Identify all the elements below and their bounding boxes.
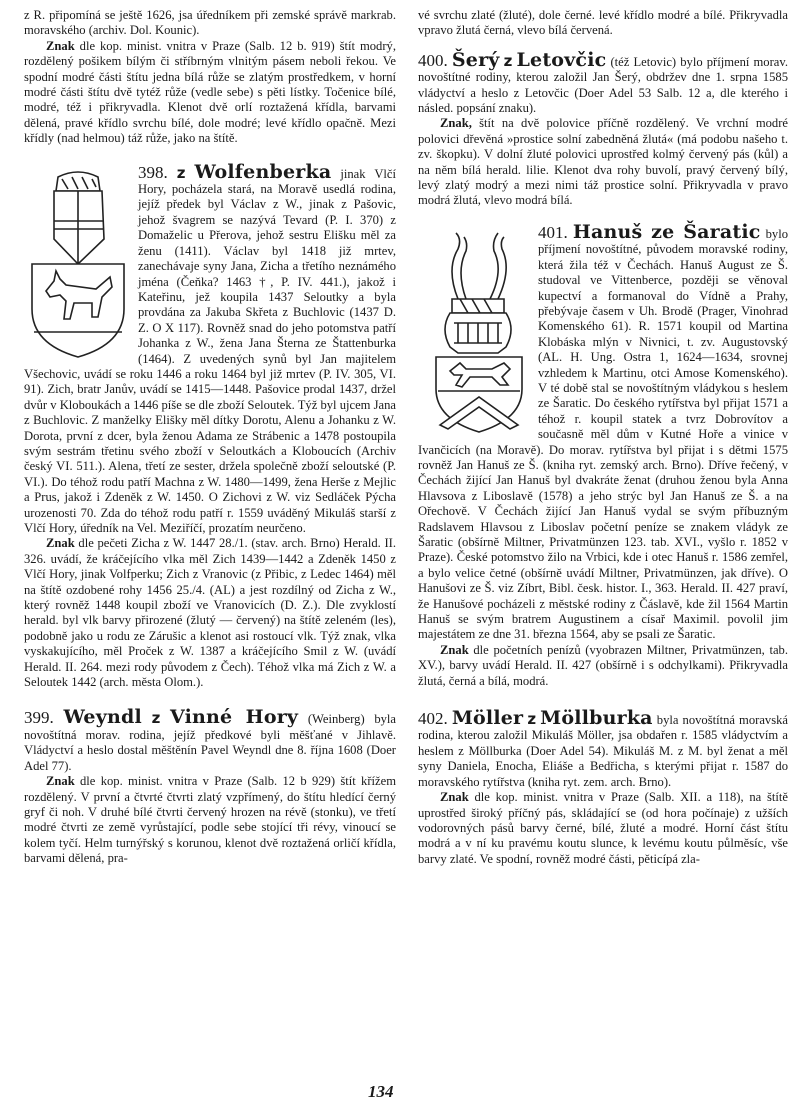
entry-402: 402. Möller z Möllburka byla novoštítná … xyxy=(418,711,788,867)
znak-label: Znak, xyxy=(440,116,472,130)
entry-prefix: z xyxy=(527,710,536,728)
entry-number: 401. xyxy=(538,223,568,242)
entry-398: 398. z Wolfenberka jinak Vlčí Hory, poch… xyxy=(24,165,396,691)
page-number: 134 xyxy=(368,1082,394,1102)
znak-text: dle kop. minist. vnitra v Praze (Salb. X… xyxy=(418,790,788,866)
entry-400: 400. Šerý z Letovčic (též Letovic) bylo … xyxy=(418,53,788,209)
znak-label: Znak xyxy=(440,790,469,804)
znak-paragraph: Znak dle kop. minist. vnitra v Praze (Sa… xyxy=(418,790,788,867)
entry-prefix: z xyxy=(177,164,186,182)
znak-label: Znak xyxy=(46,536,75,550)
znak-text: dle početních penízů (vyobrazen Miltner,… xyxy=(418,643,788,688)
znak-text: štít na dvě polovice příčně rozdělený. V… xyxy=(418,116,788,207)
znak-paragraph: Znak dle pečeti Zicha z W. 1447 28./1. (… xyxy=(24,536,396,690)
znak-text: dle kop. minist. vnitra v Praze (Salb. 1… xyxy=(24,39,396,145)
entry-number: 400. xyxy=(418,51,448,70)
coat-of-arms-wolf-icon xyxy=(26,169,128,363)
entry-prefix: z xyxy=(152,709,161,727)
continuation-paragraph: z R. připomíná se ještě 1626, jsa úřední… xyxy=(24,8,396,39)
znak-label: Znak xyxy=(46,774,75,788)
entry-398-body: 398. z Wolfenberka jinak Vlčí Hory, poch… xyxy=(24,165,396,537)
znak-label: Znak xyxy=(46,39,75,53)
entry-401: 401. Hanuš ze Šaratic xyxy=(418,225,788,689)
entry-401-body: 401. Hanuš ze Šaratic xyxy=(418,225,788,643)
continuation-paragraph: vé svrchu zlaté (žluté), dole černé. lev… xyxy=(418,8,788,39)
znak-text: dle pečeti Zicha z W. 1447 28./1. (stav.… xyxy=(24,536,396,689)
entry-name-2: Möllburka xyxy=(540,707,653,729)
znak-paragraph: Znak dle kop. minist. vnitra v Praze (Sa… xyxy=(24,39,396,147)
entry-name: Weyndl xyxy=(63,706,141,728)
entry-399: 399. Weyndl z Vinné Hory (Weinberg) byla… xyxy=(24,710,396,866)
entry-name: Möller xyxy=(452,707,523,729)
znak-paragraph: Znak, štít na dvě polovice příčně rozděl… xyxy=(418,116,788,208)
coat-of-arms-horse-chevron-icon xyxy=(428,229,528,438)
entry-399-body: 399. Weyndl z Vinné Hory (Weinberg) byla… xyxy=(24,710,396,774)
znak-paragraph: Znak dle početních penízů (vyobrazen Mil… xyxy=(418,643,788,689)
right-column: vé svrchu zlaté (žluté), dole černé. lev… xyxy=(418,8,788,867)
entry-name: Wolfenberka xyxy=(195,161,332,183)
znak-paragraph: Znak dle kop. minist. vnitra v Praze (Sa… xyxy=(24,774,396,866)
entry-number: 399. xyxy=(24,708,54,727)
znak-text: dle kop. minist. vnitra v Praze (Salb. 1… xyxy=(24,774,396,865)
entry-name: Hanuš ze Šaratic xyxy=(573,221,761,243)
entry-402-body: 402. Möller z Möllburka byla novoštítná … xyxy=(418,711,788,790)
znak-label: Znak xyxy=(440,643,469,657)
left-column: z R. připomíná se ještě 1626, jsa úřední… xyxy=(24,8,396,867)
entry-number: 402. xyxy=(418,709,448,728)
entry-400-body: 400. Šerý z Letovčic (též Letovic) bylo … xyxy=(418,53,788,117)
entry-name: Šerý xyxy=(452,49,500,71)
entry-name-2: Vinné Hory xyxy=(170,706,298,728)
entry-prefix: z xyxy=(504,52,513,70)
entry-number: 398. xyxy=(138,163,168,182)
entry-name-2: Letovčic xyxy=(516,49,606,71)
